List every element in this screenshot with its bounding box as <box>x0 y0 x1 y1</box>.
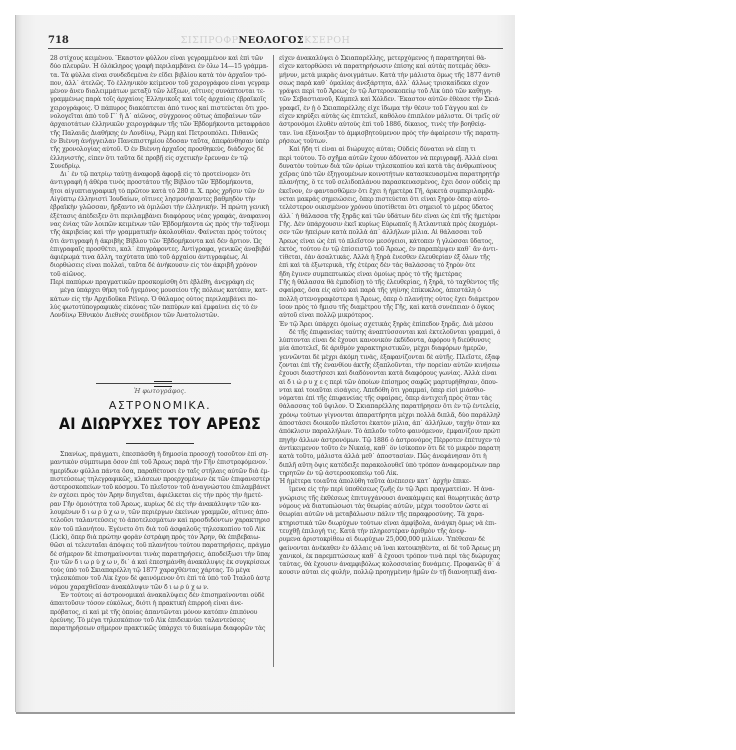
text-line: ἐπιγραφαῖς προσθέτει, καλ᾽ ἐπιγράφοντες.… <box>50 246 270 254</box>
text-line: διορθώσεις εἶναι πολλαὶ, ταῦτα δὲ ἀνήκου… <box>50 262 270 270</box>
text-line: ζονται ἐπὶ τῆς ἐνανθίου ἀκτῆς ἐξαπλοῦντα… <box>279 362 500 370</box>
text-line: Καὶ ἤδη τί εἶναι αἱ διώρυχες αὗται; Οὐδε… <box>279 146 500 154</box>
text-line: φαίνονται ἀνέκαθεν ἐν ἄλλαις νὰ ἴναι κατ… <box>279 545 500 553</box>
text-line: Σπανίως, πράγματι, ἐπεσπάσθη ἡ δημοσία π… <box>50 451 270 459</box>
text-line: πον, ἀλλ᾽ ἀτελῶς. Τὸ ἑλληνικὸν κείμενον … <box>50 80 270 88</box>
text-line: τηλεσκόπιον τοῦ Λὶκ ἔχον δὲ φαινόμενον ὅ… <box>50 575 270 583</box>
text-line: ἐν σχέσει πρὸς τὸν Ἄρην διηγεῖται, ἀφιέλ… <box>50 492 270 500</box>
text-line: εἶχεν ἀνακαλύψει ὁ Σκιαπαρέλλης, μετερχό… <box>279 55 500 63</box>
text-line: πρόβατος, εἰ καὶ μὲ τῆς ὁποίας ἀπαντῶντα… <box>50 609 270 617</box>
text-line: ξιν τῶν δ ι ω ρ ύ χ ω ν, δι᾽ ἀ καὶ ἐπεση… <box>50 559 270 567</box>
text-line: θεωρίαι αὐτῶν νὰ μεταβάλωσιν πάλιν τῆς π… <box>279 511 500 519</box>
text-line: νόμαται ἐπὶ τῆς ἐπιφανείας τῆς σφαίρας, … <box>279 395 500 403</box>
column-divider <box>273 55 274 667</box>
text-line: Ἐν τῷ Ἄρει ὑπάρχει ὁμοίως σχετικὰς ξηρὰς… <box>279 321 500 329</box>
text-line: κτηριστικὰ τῶν διωρύχων τούτων εἶναι ἀμφ… <box>279 520 500 528</box>
text-line: τηρητῶν ἐν τῷ ἀστεροσκοπείῳ τοῦ Λίκ. <box>279 470 500 478</box>
text-line: τίθεται, ἐὰν ἀσαλτικάς. Ἀλλὰ ἡ ξηρὰ ἔνεσ… <box>279 254 500 262</box>
text-line: τελέστερον οικισμένον χρόνου ὑποτίθεται … <box>279 204 500 212</box>
bleed-through-text-left: ΣΙΣΠΡΟΦΡ <box>181 35 239 46</box>
text-line: ἐκεῖνον, ἐν φαντασθῶμεν ὅτι ἔχει ἡ ἡμετέ… <box>279 188 500 196</box>
right-column-text: εἶχεν ἀνακαλύψει ὁ Σκιαπαρέλλης, μετερχό… <box>279 55 500 578</box>
signature-line: Ἡ φωτογράφος. <box>50 387 270 395</box>
article-body: Σπανίως, πράγματι, ἐπεσπάσθη ἡ δημοσία π… <box>50 451 270 634</box>
text-line: Περὶ παπύρων πραγματικῶν προσκομίσθη ὅτι… <box>50 279 270 287</box>
text-line: ἑλληνιστὴς, εἶπεν ὅτι ταῦτα δὲ προβῇ εἰς… <box>50 155 270 163</box>
text-line: ἀστρονόμοι ἐλυθὲν αὐτοὺς ἐπὶ τοῦ 1886, δ… <box>279 121 500 129</box>
text-line: αὐτοῦ εἶναι πολλῷ μικρότερος. <box>279 312 500 320</box>
text-line: ἀντίκειμενον τοῦτο ἐν Νικαίᾳ, καθ᾽ ὃν ἰσ… <box>279 445 500 453</box>
bleed-through-text-right: ΚΣΕΡΟΗ <box>304 35 350 46</box>
text-line: Ἡ ἡμέτερα τοιαῦτα ἀπολύθη ταῦτα ἀνέπεσεν… <box>279 478 500 486</box>
text-line: Λονδίνῳ Ἐθνικὸν Διεθνὲς συνέδριον τῶν Ἀν… <box>50 312 270 320</box>
text-line: νόμους νὰ διατυπώσωσι τὰς θεωρίας αὐτῶν,… <box>279 503 500 511</box>
text-line: λουμένων δ ι ω ρ ύ χ ω ν, τῶν περιέργων … <box>50 509 270 517</box>
text-line: ἔχουσι διαστήσεσι καὶ διαδόνονται κατὰ δ… <box>279 370 500 378</box>
text-line: Ἄρεως εἶναι ὡς ἐπὶ τὸ πλεῖστον μεσόγειοι… <box>279 238 500 246</box>
text-line: νας ἐνίας τῶν λοιπῶν κειμένων τῶν Ἑβδομή… <box>50 221 270 229</box>
ornamental-rule <box>96 383 231 385</box>
text-line: χρόνῳ τούτων γίγνονται ἀπαρατήρητα μέχρι… <box>279 412 500 420</box>
masthead-title: ΝΕΟΛΟΓΟΣ <box>239 35 305 46</box>
text-line: θῶσι αἱ τελευταῖαι ἀπόψεις τοῦ πλανήτου … <box>50 542 270 550</box>
text-line: ἀποστάσει διοικοῦν πλεῖστοι ἐκατὸν μίλια… <box>279 420 500 428</box>
text-line: δυνατὸν τούτων διὰ τῶν ὀρίων τηλεσκοπίου… <box>279 163 500 171</box>
text-line: τῆς Παλαιᾶς Διαθήκης ἐν Λονδίνῳ, Ρώμῃ κα… <box>50 130 270 138</box>
text-line: ἀρχαιοτάτων ἑλληνικῶν χειρογράφων τῆς τῶ… <box>50 121 270 129</box>
text-line: ἀντιγραφὴ ἡ ἀθέρα τινὸς προστάτου τῆς Βί… <box>50 179 270 187</box>
text-line: χειρογράφοις. Ὁ πάπυρος διακόπτεται ἀπό … <box>50 105 270 113</box>
text-line: γνώρισις τῆς ἐκθέσεως ἐπιτυγχάνουσι ἀνακ… <box>279 495 500 503</box>
text-line: διπλῆ αὕτη ὅψις κατέδειξε παρακολουθεῖ ὑ… <box>279 462 500 470</box>
text-line: ἀστεροσκοπείων τοῦ κόσμου. Τὸ πλεῖστον τ… <box>50 484 270 492</box>
text-line: τα. Τὰ φύλλα εἶναι συνδεδεμένα ἐν εἴδει … <box>50 72 270 80</box>
text-line: ἀλλ᾽ ἡ θάλασσα τῆς ξηρᾶς καὶ τῶν ὑδάτων … <box>279 213 500 221</box>
text-line: δύο πλευρῶν. Ἡ ὁλόκληρος γραφὴ περιλαμβά… <box>50 63 270 71</box>
text-line: τελοῦσι ταλαντεύσεις τὸ ἀποτελεσμάτων κα… <box>50 517 270 525</box>
text-line: ἐρεύνης. Τὸ μέγα τηλεσκόπιον τοῦ Λὶκ ἐπι… <box>50 617 270 625</box>
text-line: κουσιν αὗται εἰς φυλὴν, πολλῷ προηγμένην… <box>279 569 500 577</box>
running-head: ΣΙΣΠΡΟΦΡΝΕΟΛΟΓΟΣΚΣΕΡΟΗ <box>16 35 515 46</box>
text-line: πηγὴν ἄλλων ἀστρονόμων. Τῷ 1886 ὁ ἀστρον… <box>279 437 500 445</box>
text-line: νόμου χαραχθεῖσαν ἀνακάλυψιν τῶν δ ι ω ρ… <box>50 584 270 592</box>
text-line: κὸν τοῦ πλανήτου. Ἐγένετο ὅτι διὰ τοῦ ἀσ… <box>50 526 270 534</box>
text-line: ἤδη ἔγινεν συμπεπτωκὼς εἶναι ὁμοίως πρὸς… <box>279 271 500 279</box>
text-line: Γῆς ἡ θάλασσα θὰ ἐμποδίσῃ τὸ τῆς ἐλευθερ… <box>279 279 500 287</box>
title-rule <box>126 443 194 445</box>
header-rule <box>48 48 503 50</box>
text-line: γράψει περὶ τοῦ Ἄρεως ἐν τῷ Ἀστεροσκοπεί… <box>279 88 500 96</box>
text-line: σφαίρας, ὅσα εἰς αὐτὸ καὶ παρὰ τῆς γηίνη… <box>279 287 500 295</box>
text-line: πλανήτης, ὅ τε τοῦ σελιδοπλάνου παρασκευ… <box>279 179 500 187</box>
text-line: ἴσον πρὸς τὸ ἥμισυ τῆς διαμέτρου τῆς Γῆς… <box>279 304 500 312</box>
text-line: μήνυν, μετὰ μικρὰς ἀνοιγμάτων. Κατὰ τὴν … <box>279 72 500 80</box>
text-line: λύπτονται εἶναι δὲ ἔχουσι κανονικὸν ἐκδί… <box>279 337 500 345</box>
text-line: νεται μακράς σημειώσεις, ὅπερ πιστεύεται… <box>279 196 500 204</box>
text-line: Ἐν τούτοις αἱ ἀστρονομικαὶ ἀνακαλύψεις δ… <box>50 592 270 600</box>
text-line: κατὰ τοῦτο, μάλιστα ἀλλὰ μεθ᾽ ἀποστασίαν… <box>279 453 500 461</box>
text-line: ρήσεως τούτων. <box>279 138 500 146</box>
text-line: μαντικὸν σύμπτωμα ὅσον ἐπὶ τοῦ Ἄρεως παρ… <box>50 459 270 467</box>
text-line: γεννῶνται δὲ μέχρι ἀκόμη τινὰς, ἐξαφανίζ… <box>279 354 500 362</box>
text-line: Δι᾽ ἐν τῷ πατρίῳ ταύτῃ ἀναφορᾷ ἀφορᾷ εἰς… <box>50 171 270 179</box>
text-line: μένον ἄνευ διαλειμμάτων μεταξὺ τῶν λέξεω… <box>50 88 270 96</box>
text-line: κάτων εἰς τὴν Ἀρχιδοῦκα Ρέϊνερ. Ὁ θάλαμο… <box>50 296 270 304</box>
section-heading: ΑΣΤΡΟΝΟΜΙΚΑ. <box>50 399 270 412</box>
text-line: γραμμένως παρὰ τοῖς ἀρχαίοις Ἑλληνικοῖς … <box>50 96 270 104</box>
left-column-top-article: 28 στίχους κειμένου. Ἕκαστον φύλλον εἶνα… <box>50 55 270 321</box>
text-line: μία ἀποτελεῖ, δὲ ἀριθμὸν χαρακτηριστικῶν… <box>279 345 500 353</box>
text-line: ἀπαιτοῦσιν τόσον εὐκόλως, διότι ἡ πρακτι… <box>50 600 270 608</box>
text-line: σεως παρὰ καθ᾽ ὁμαλίας ἀνεξάρτητα, ἀλλ᾽ … <box>279 80 500 88</box>
text-line: τῆς χρονολογίας αὐτοῦ. Ὁ ἐν Βιέννῃ ἀρχαῖ… <box>50 146 270 154</box>
text-line: Γῆς. Δὲν ὑπάρχουσιν ἐκεῖ κυρίως Εὐρωπαΐς… <box>279 221 500 229</box>
text-line: ἐπὶ καὶ τὰ ἐξωτερικὰ, τῆς ἑτέρας δὲν τὰς… <box>279 262 500 270</box>
text-line: παρατηρήσεων σήμερον πρακτικῶς ὑπάρχει τ… <box>50 625 270 633</box>
text-line: νολογεῖται ἀπὸ τοῦ Γ᾽ ἢ Δ᾽ αἰῶνος, σύγχρ… <box>50 113 270 121</box>
text-line: ἵμενα εἰς τὴν περὶ ὑποθέσεως ζωῆς ἐν τῷ … <box>279 486 500 494</box>
text-line: πιστεύσεως τηλεγραφικῶς, κλάσεων προερχο… <box>50 476 270 484</box>
text-line: γραφεῖ, ἐν ᾗ ὁ Σκιαπαρέλλης εἶχε ἴδωμα τ… <box>279 105 500 113</box>
text-line: ημερίδων φύλλα πάντα ὅσα, παραθέτουσι ἐν… <box>50 468 270 476</box>
text-line: σεν τῶν ἠπείρων κατὰ πολλὰ ἀπ᾽ ἀλλήλων μ… <box>279 229 500 237</box>
text-line: ρυμενα ἀριστοκρίθεω αἱ διωρύχων 25,000,0… <box>279 536 500 544</box>
text-line: Αἰγύπτῳ ἑλληνιστὶ Ἰουδαίων, οἵτινες λησμ… <box>50 196 270 204</box>
text-line: αἱ δ ι ώ ρ υ χ ε ς περὶ τῶν ὁποίων ἐπίση… <box>279 379 500 387</box>
text-line: θάλασσας τοῦ ὕψιλον. Ὁ Σκιαπαρέλλης παρα… <box>279 403 500 411</box>
text-line: τοὺς ὑπὸ τοῦ Σκιαπαρέλλη τῷ 1877 χαραχθέ… <box>50 567 270 575</box>
text-line: μέγα ὑπάρχει θήκη τοῦ ἡγεμόνος μουσείου … <box>50 287 270 295</box>
text-line: ἤτοι αἰγυπτιαγραφικὴ τὸ πρῶτον κατὰ τὸ 2… <box>50 188 270 196</box>
text-line: τῆς ἀκριβείας καὶ τὴν γραμματικὴν ἀκολου… <box>50 229 270 237</box>
text-line: ἐν Βιέννῃ ἀνήγγειλαν Πανεπιστημίου ἔδοσα… <box>50 138 270 146</box>
newspaper-page: 718 ΣΙΣΠΡΟΦΡΝΕΟΛΟΓΟΣΚΣΕΡΟΗ 28 στίχους κε… <box>16 15 515 712</box>
text-line: 28 στίχους κειμένου. Ἕκαστον φύλλον εἶνα… <box>50 55 270 63</box>
text-line: ταύτας, θὰ ἔχουσιν ἀναμφιβόλως κολοσσιαί… <box>279 561 500 569</box>
text-line: δὲ τῆς ἐπιφανείας ταύτης ἀναπτύσσονται κ… <box>279 329 500 337</box>
text-line: τοῦ αἰῶνος. <box>50 271 270 279</box>
text-line: τευχθῇ ἐπιλογὴ τις. Κατὰ τὴν πληρεστέραν… <box>279 528 500 536</box>
text-line: χεῖρας ὑπὸ τῶν ἐξηγουμένων κοινοτήτων κα… <box>279 171 500 179</box>
text-line: πολλὴ στενογραφέστερα ἡ Ἄρεως, ὅπερ ὁ πλ… <box>279 296 500 304</box>
text-line: ἀφιέρωμά τινα ἄλλη, ταχύτατα ὑπὸ τοῦ ἀρχ… <box>50 254 270 262</box>
text-line: ἑβραϊκὴν γλῶσσαν, ἤρξαντο νὰ ὁμιλῶσι τὴν… <box>50 204 270 212</box>
text-line: χανικοὶ, ἐκ παρεμπτώσεως καθ᾽ ἃ ἔχουσι τ… <box>279 553 500 561</box>
text-line: (Lick), ὅπερ διὰ πρώτην φορὰν ἐστράφη πρ… <box>50 534 270 542</box>
text-line: νται καὶ τοιαῦται εἰσάγεις. Ἀπεδόθη ὅτι … <box>279 387 500 395</box>
text-line: ὅτι ἀντιγραφὴ ἡ ἀκριβὴς Βίβλου τῶν Ἑβδομ… <box>50 238 270 246</box>
text-line: εἶχεν κατορθώσει νὰ παρατηρήσωσιν ἐπίσης… <box>279 63 500 71</box>
text-line: ταν. ἵνα ἐξάνοιξαν τὸ ἀμφισβητούμενον πρ… <box>279 130 500 138</box>
text-line: ἀπόκλισιν παραλλήλων. Τὸ ἀπλοῦν τοῦτο φα… <box>279 428 500 436</box>
text-line: περὶ τούτου. Τὸ σχῆμα αὐτῶν ἔχουν ἀδύνατ… <box>279 155 500 163</box>
text-line: εἶχεν κηρύξει αὐτὰς ὡς ἐπιτελεῖ, καθόλου… <box>279 113 500 121</box>
text-line: δὲ σήμερον δὲ ἐπισημαίνονται τινὰς παρατ… <box>50 551 270 559</box>
article-title: ΑΙ ΔΙΩΡΥΧΕΣ ΤΟΥ ΑΡΕΩΣ <box>59 415 261 433</box>
text-line: ραν Γῆν ὁμοιότητα τοῦ Ἄρεως, κυρίως δὲ ε… <box>50 501 270 509</box>
text-line: Συνεδρίῳ. <box>50 163 270 171</box>
text-line: τῶν Σεβαστιανοῦ, Κάμπελ καὶ Χόλδεν. Ἕκασ… <box>279 96 500 104</box>
text-line: ἐξέτασις ἀπέδειξεν ὅτι περιλαμβάνει διαφ… <box>50 213 270 221</box>
text-line: λὺς φωτοτύπογραφικὰς εἰκόνας τῶν παπύρων… <box>50 304 270 312</box>
text-line: ἐκτὸς, τούτου ἐν τῷ ἐπίσειστῷ τοῦ Ἄρεως,… <box>279 246 500 254</box>
